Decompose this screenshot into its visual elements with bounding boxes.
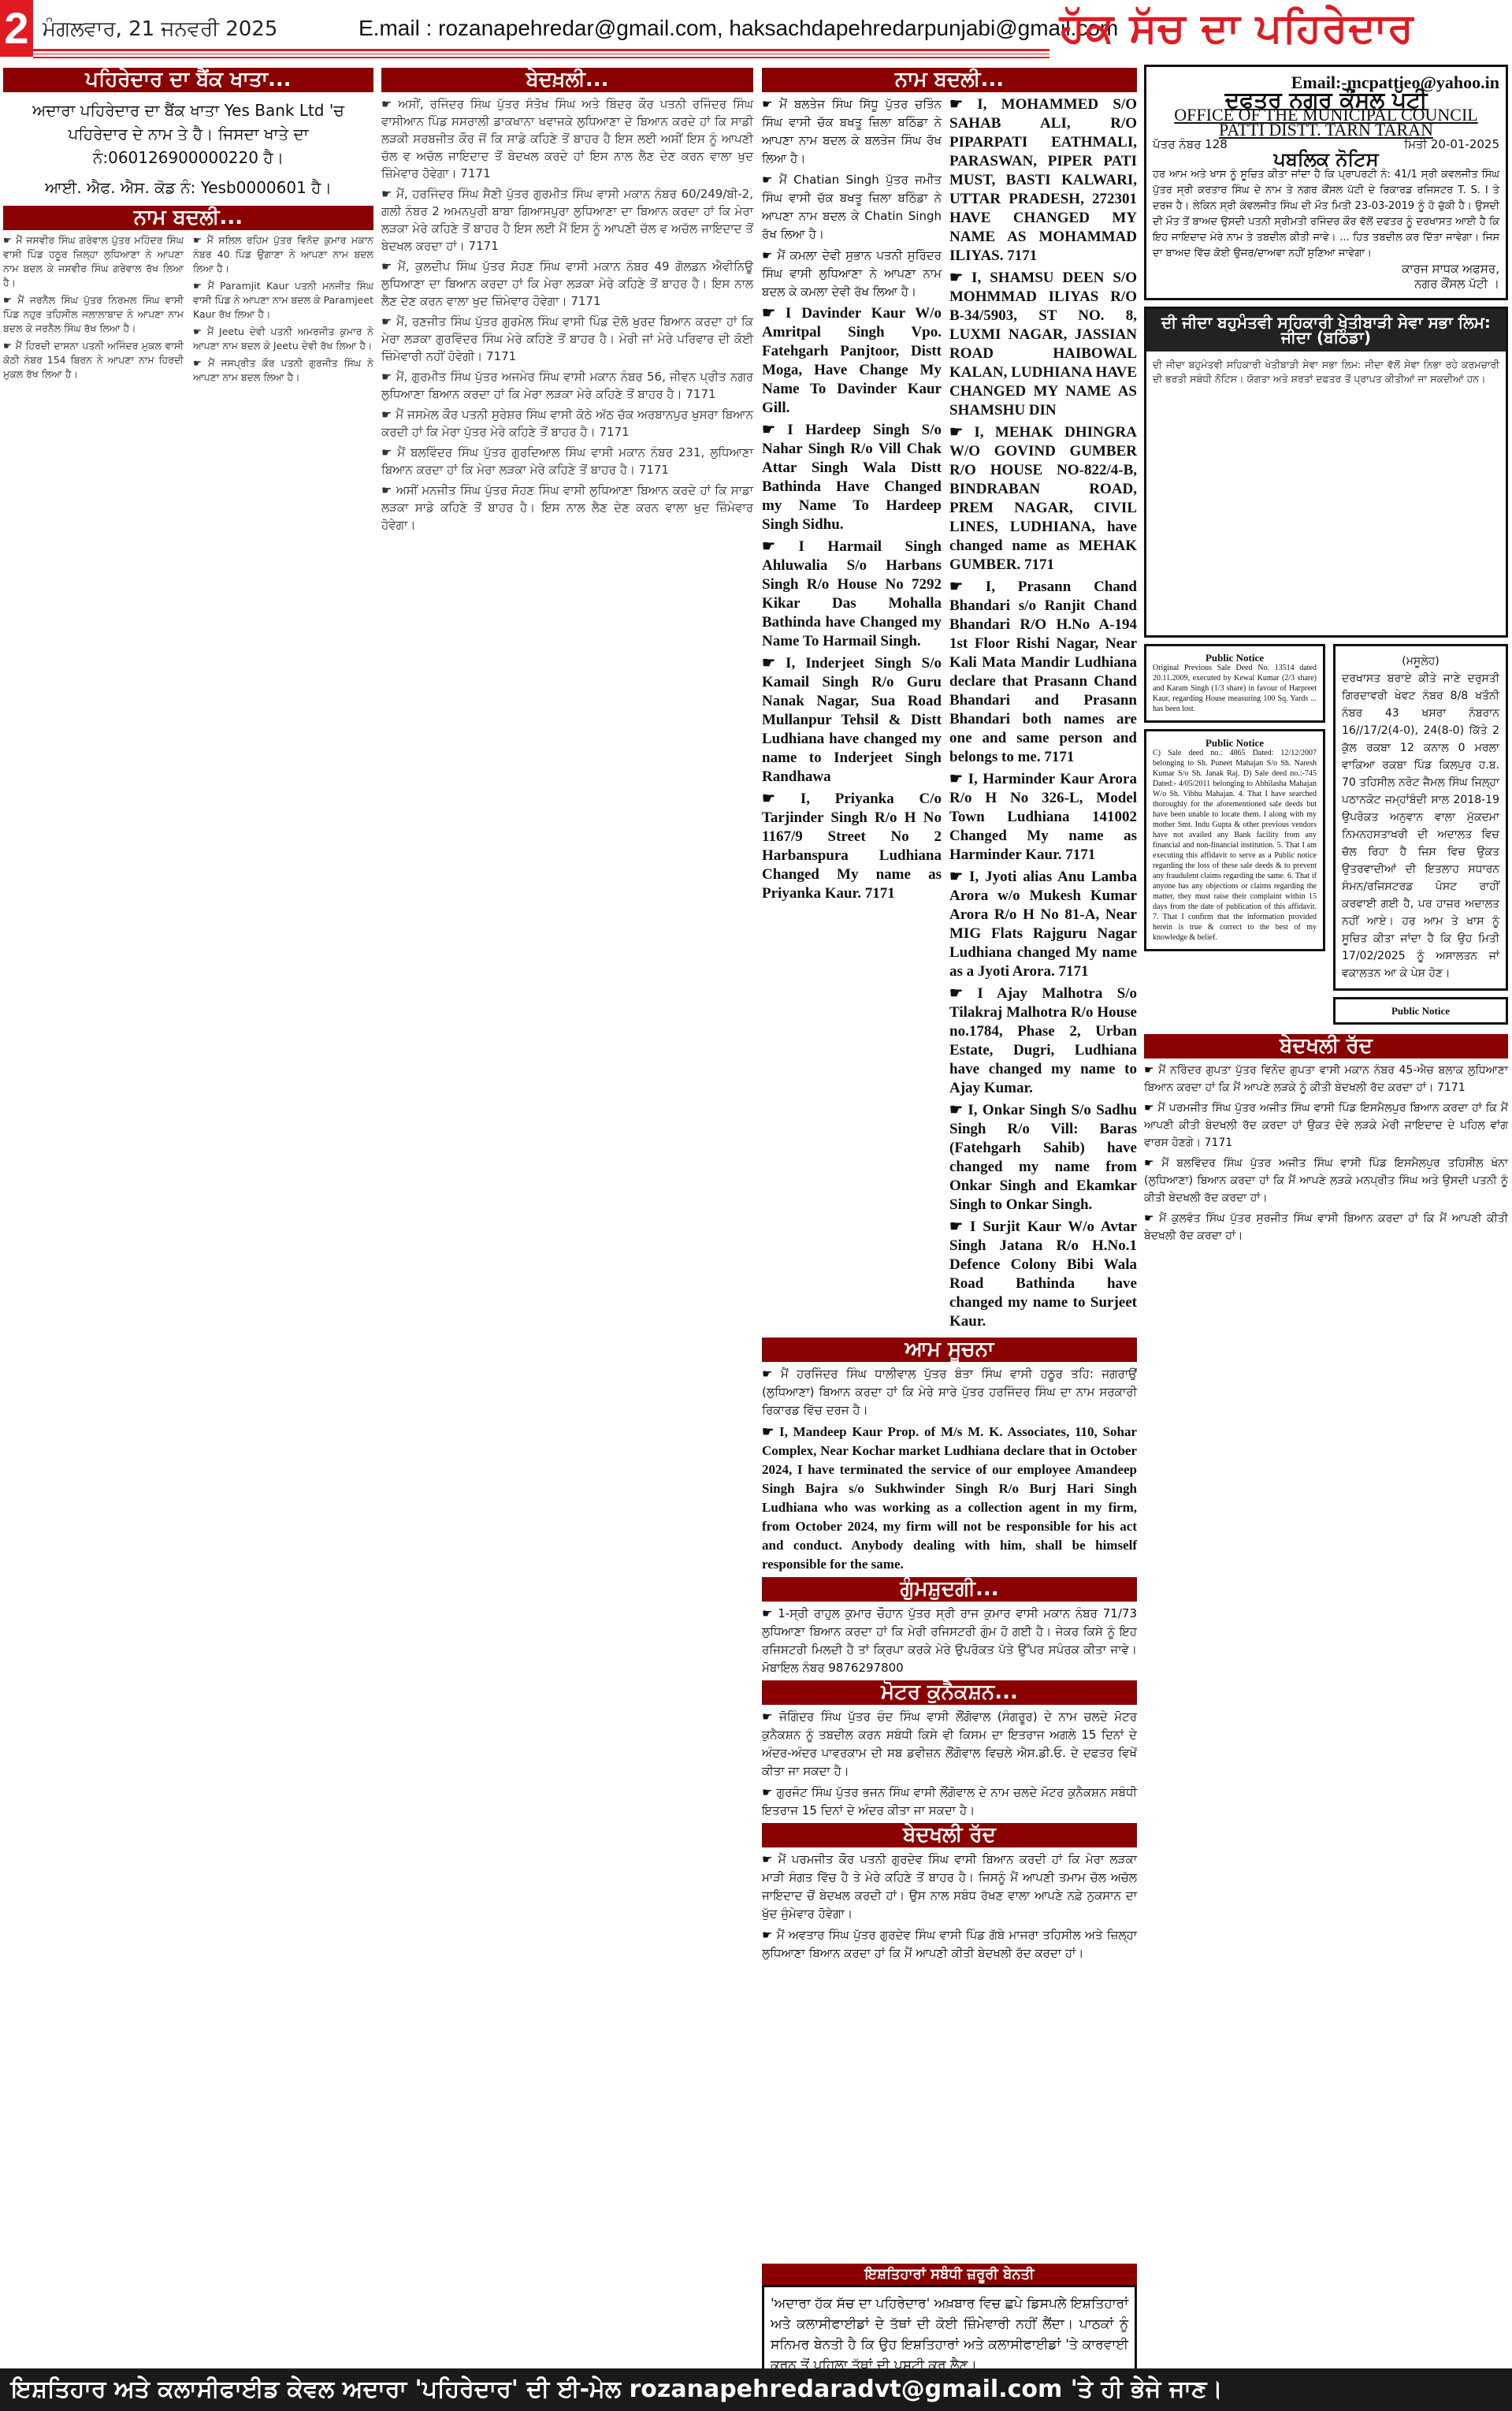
public-notice-1: Public Notice Original Previous Sale Dee… xyxy=(1144,644,1325,723)
classified-item: ☛ I Davinder Kaur W/o Amritpal Singh Vpo… xyxy=(762,304,942,418)
disinheritance-list: ☛ ਅਸੀਂ, ਰਜਿੰਦਰ ਸਿੰਘ ਪੁੱਤਰ ਸੰਤੋਖ ਸਿੰਘ ਅਤੇ… xyxy=(381,95,753,534)
classified-item: ☛ ਮੈਂ ਸਲਿਲ ਰਹਿਮ ਪੁੱਤਰ ਵਿਨੋਦ ਕੁਮਾਰ ਮਕਾਨ ਨ… xyxy=(193,233,373,276)
classified-item: ☛ I, MEHAK DHINGRA W/O GOVIND GUMBER R/O… xyxy=(949,423,1137,575)
public-notices-right: (ਮਸੂਲੇਹ) ਦਰਖਾਸਤ ਬਰਾਏ ਕੀਤੇ ਜਾਣੇ ਦਰੁਸਤੀ ਗਿ… xyxy=(1333,644,1508,1031)
disclaimer-title: ਇਸ਼ਤਿਹਾਰਾਂ ਸਬੰਧੀ ਜ਼ਰੂਰੀ ਬੇਨਤੀ xyxy=(762,2264,1137,2285)
section-header-cancel-disinheritance: ਬੇਦਖਲੀ ਰੱਦ xyxy=(1144,1034,1508,1059)
newspaper-logo: ਹੱਕ ਸੱਚ ਦਾ ਪਹਿਰੇਦਾਰ xyxy=(1060,5,1414,53)
notice-signature-2: ਨਗਰ ਕੌਂਸਲ ਪੱਟੀ । xyxy=(1153,277,1499,292)
classified-item: ☛ 1-ਸ੍ਰੀ ਰਾਹੁਲ ਕੁਮਾਰ ਚੌਹਾਨ ਪੁੱਤਰ ਸ੍ਰੀ ਰਾ… xyxy=(762,1605,1137,1677)
coop-notice: ਦੀ ਜੀਦਾ ਬਹੁਮੰਤਵੀ ਸਹਿਕਾਰੀ ਖੇਤੀਬਾੜੀ ਸੇਵਾ ਸ… xyxy=(1144,307,1508,638)
classified-item: ☛ I, Onkar Singh S/o Sadhu Singh R/o Vil… xyxy=(949,1101,1137,1215)
public-notice-3: Public Notice xyxy=(1333,997,1508,1025)
classified-item: ☛ ਮੈਂ ਜਸਵੀਰ ਸਿੰਘ ਗਰੇਵਾਲ ਪੁੱਤਰ ਮਹਿੰਦਰ ਸਿੰ… xyxy=(3,233,184,290)
masthead: 2 ਮੰਗਲਵਾਰ, 21 ਜਨਵਰੀ 2025 E.mail : rozana… xyxy=(0,0,1512,61)
classified-item: ☛ ਗੁਰਜੰਟ ਸਿੰਘ ਪੁੱਤਰ ਭਜਨ ਸਿੰਘ ਵਾਸੀ ਲੌਂਗੋਵ… xyxy=(762,1784,1137,1820)
section-header-bank: ਪਹਿਰੇਦਾਰ ਦਾ ਬੈਂਕ ਖਾਤਾ... xyxy=(3,68,373,92)
classified-item: ☛ I, SHAMSU DEEN S/O MOHMMAD ILIYAS R/O … xyxy=(949,269,1137,420)
municipal-notice: Email:-mcpattieo@yahoo.in ਦਫਤਰ ਨਗਰ ਕੌਂਸਲ… xyxy=(1144,65,1508,300)
public-notices-grid: Public Notice Original Previous Sale Dee… xyxy=(1144,644,1508,1031)
court-subtitle: (ਮਸੂਲੇਹ) xyxy=(1342,653,1499,670)
classified-item: ☛ ਮੈਂ, ਰਣਜੀਤ ਸਿੰਘ ਪੁੱਤਰ ਗੁਰਮੇਲ ਸਿੰਘ ਵਾਸੀ… xyxy=(381,313,753,365)
section-header-cancel-disinheritance: ਬੇਦਖਲੀ ਰੱਦ xyxy=(762,1823,1137,1847)
header-rule xyxy=(33,49,1049,58)
court-body: ਦਰਖਾਸਤ ਬਰਾਏ ਕੀਤੇ ਜਾਣੇ ਦਰੁਸਤੀ ਗਿਰਦਾਵਰੀ ਖੇ… xyxy=(1342,670,1499,982)
bank-ifsc: ਆਈ. ਐਫ. ਐਸ. ਕੋਡ ਨੰ: Yesb0000601 ਹੈ। xyxy=(3,173,373,203)
bank-account-info: ਅਦਾਰਾ ਪਹਿਰੇਦਾਰ ਦਾ ਬੈਂਕ ਖਾਤਾ Yes Bank Ltd… xyxy=(3,95,373,173)
issue-date: ਮੰਗਲਵਾਰ, 21 ਜਨਵਰੀ 2025 xyxy=(43,17,277,42)
classified-item: ☛ I, Mandeep Kaur Prop. of M/s M. K. Ass… xyxy=(762,1423,1137,1574)
classified-item: ☛ ਮੈਂ ਕੁਲਵੰਤ ਸਿੰਘ ਪੁੱਤਰ ਸੁਰਜੀਤ ਸਿੰਘ ਵਾਸੀ… xyxy=(1144,1210,1508,1245)
letter-number: ਪੱਤਰ ਨੰਬਰ 128 xyxy=(1153,137,1228,152)
contact-email: E.mail : rozanapehredar@gmail.com, haksa… xyxy=(358,16,1118,41)
court-notice: (ਮਸੂਲੇਹ) ਦਰਖਾਸਤ ਬਰਾਏ ਕੀਤੇ ਜਾਣੇ ਦਰੁਸਤੀ ਗਿ… xyxy=(1333,644,1508,991)
public-notice-heading: ਪਬਲਿਕ ਨੋਟਿਸ xyxy=(1153,152,1499,167)
classified-item: ☛ ਮੈਂ ਬਲਵਿੰਦਰ ਸਿੰਘ ਪੁੱਤਰ ਅਜੀਤ ਸਿੰਘ ਵਾਸੀ … xyxy=(1144,1155,1508,1207)
section-header-name-change: ਨਾਮ ਬਦਲੀ... xyxy=(762,68,1137,92)
public-notice-title: Public Notice xyxy=(1153,653,1317,663)
classified-item: ☛ I, MOHAMMED S/O SAHAB ALI, R/O PIPARPA… xyxy=(949,95,1137,266)
classified-item: ☛ ਮੈਂ, ਗੁਰਮੀਤ ਸਿੰਘ ਪੁੱਤਰ ਅਜਮੇਰ ਸਿੰਘ ਵਾਸੀ… xyxy=(381,368,753,403)
classified-item: ☛ ਮੈਂ ਜਸਮੇਲ ਕੌਰ ਪਤਨੀ ਸੁਰੇਸ਼ਰ ਸਿੰਘ ਵਾਸੀ ਕ… xyxy=(381,406,753,441)
classified-item: ☛ ਮੈਂ ਜਰਨੈਲ ਸਿੰਘ ਪੁੱਤਰ ਨਿਰਮਲ ਸਿੰਘ ਵਾਸੀ ਪ… xyxy=(3,293,184,336)
footer-banner: ਇਸ਼ਤਿਹਾਰ ਅਤੇ ਕਲਾਸੀਫਾਈਡ ਕੇਵਲ ਅਦਾਰਾ 'ਪਹਿਰੇ… xyxy=(0,2368,1512,2411)
classified-item: ☛ ਮੈਂ, ਕੁਲਦੀਪ ਸਿੰਘ ਪੁੱਤਰ ਸੋਹਣ ਸਿੰਘ ਵਾਸੀ … xyxy=(381,258,753,310)
classified-item: ☛ ਮੈਂ, ਹਰਜਿੰਦਰ ਸਿੰਘ ਸੈਣੀ ਪੁੱਤਰ ਗੁਰਮੀਤ ਸਿ… xyxy=(381,185,753,255)
notice-signature-1: ਕਾਰਜ ਸਾਧਕ ਅਫਸਰ, xyxy=(1153,262,1499,277)
classified-item: ☛ ਮੈਂ ਕਮਲਾ ਦੇਵੀ ਸੁਭਾਨ ਪਤਨੀ ਸੁਰਿੰਦਰ ਸਿੰਘ … xyxy=(762,247,942,301)
classified-item: ☛ I, Inderjeet Singh S/o Kamail Singh R/… xyxy=(762,654,942,787)
classified-item: ☛ I Surjit Kaur W/o Avtar Singh Jatana R… xyxy=(949,1218,1137,1331)
classified-item: ☛ ਮੈਂ ਬਲਤੇਜ ਸਿੰਘ ਸਿੱਧੂ ਪੁੱਤਰ ਚਤਿੰਨ ਸਿੰਘ … xyxy=(762,95,942,168)
classified-item: ☛ I, Harminder Kaur Arora R/o H No 326-L… xyxy=(949,770,1137,865)
section-header-motor-connection: ਮੋਟਰ ਕੁਨੈਕਸ਼ਨ... xyxy=(762,1680,1137,1705)
classified-item: ☛ ਜੋਗਿੰਦਰ ਸਿੰਘ ਪੁੱਤਰ ਚੰਦ ਸਿੰਘ ਵਾਸੀ ਲੌਂਗੋ… xyxy=(762,1708,1137,1780)
name-change-columns: ☛ ਮੈਂ ਬਲਤੇਜ ਸਿੰਘ ਸਿੱਧੂ ਪੁੱਤਰ ਚਤਿੰਨ ਸਿੰਘ … xyxy=(762,95,1137,1334)
classified-item: ☛ ਮੈਂ Chatian Singh ਪੁੱਤਰ ਜਮੀਤ ਸਿੰਘ ਵਾਸੀ… xyxy=(762,171,942,244)
column-3: ਨਾਮ ਬਦਲੀ... ☛ ਮੈਂ ਬਲਤੇਜ ਸਿੰਘ ਸਿੱਧੂ ਪੁੱਤਰ… xyxy=(762,65,1137,1966)
cancel-list: ☛ ਮੈਂ ਨਰਿੰਦਰ ਗੁਪਤਾ ਪੁੱਤਰ ਵਿਨੋਦ ਗੁਪਤਾ ਵਾਸ… xyxy=(1144,1062,1508,1245)
classified-list: ☛ ਮੈਂ ਜਸਵੀਰ ਸਿੰਘ ਗਰੇਵਾਲ ਪੁੱਤਰ ਮਹਿੰਦਰ ਸਿੰ… xyxy=(3,233,373,386)
classified-item: ☛ ਮੈਂ ਹਿਰਦੀ ਦਾਸਨਾ ਪਤਨੀ ਅਜਿੰਦਰ ਮੁਕਲ ਵਾਸੀ … xyxy=(3,339,184,381)
section-header-general-notice: ਆਮ ਸੂਚਨਾ xyxy=(762,1338,1137,1362)
page-number: 2 xyxy=(0,0,33,57)
column-1: ਪਹਿਰੇਦਾਰ ਦਾ ਬੈਂਕ ਖਾਤਾ... ਅਦਾਰਾ ਪਹਿਰੇਦਾਰ … xyxy=(3,65,373,386)
section-header-disinheritance: ਬੇਦਖ਼ਲੀ... xyxy=(381,68,753,92)
name-change-left: ☛ ਮੈਂ ਬਲਤੇਜ ਸਿੰਘ ਸਿੱਧੂ ਪੁੱਤਰ ਚਤਿੰਨ ਸਿੰਘ … xyxy=(762,95,942,1334)
coop-body: ਦੀ ਜੀਦਾ ਬਹੁਮੰਤਵੀ ਸਹਿਕਾਰੀ ਖੇਤੀਬਾੜੀ ਸੇਵਾ ਸ… xyxy=(1146,352,1506,635)
notice-body: ਹਰ ਆਮ ਅਤੇ ਖਾਸ ਨੂੰ ਸੂਚਿਤ ਕੀਤਾ ਜਾਂਦਾ ਹੈ ਕਿ… xyxy=(1153,167,1499,262)
classified-item: ☛ ਅਸੀਂ, ਰਜਿੰਦਰ ਸਿੰਘ ਪੁੱਤਰ ਸੰਤੋਖ ਸਿੰਘ ਅਤੇ… xyxy=(381,95,753,182)
classified-item: ☛ ਮੈਂ ਜਸਪ੍ਰੀਤ ਕੌਰ ਪਤਨੀ ਗੁਰਜੀਤ ਸਿੰਘ ਨੇ ਆਪ… xyxy=(193,356,373,385)
classified-item: ☛ I, Jyoti alias Anu Lamba Arora w/o Muk… xyxy=(949,868,1137,981)
classified-item: ☛ I Ajay Malhotra S/o Tilakraj Malhotra … xyxy=(949,984,1137,1098)
letter-date: ਮਿਤੀ 20-01-2025 xyxy=(1404,137,1499,152)
classified-item: ☛ ਮੈਂ Paramjit Kaur ਪਤਨੀ ਮਨਜੀਤ ਸਿੰਘ ਵਾਸੀ… xyxy=(193,279,373,322)
classified-item: ☛ ਮੈਂ Jeetu ਦੇਵੀ ਪਤਨੀ ਅਮਰਜੀਤ ਕੁਮਾਰ ਨੇ ਆਪ… xyxy=(193,325,373,353)
disclaimer-text: 'ਅਦਾਰਾ ਹੱਕ ਸੱਚ ਦਾ ਪਹਿਰੇਦਾਰ' ਅਖ਼ਬਾਰ ਵਿਚ ਛ… xyxy=(771,2296,1128,2373)
section-header-missing: ਗੁੰਮਸ਼ੁਦਗੀ... xyxy=(762,1577,1137,1602)
name-change-right: ☛ I, MOHAMMED S/O SAHAB ALI, R/O PIPARPA… xyxy=(949,95,1137,1334)
public-notice-body: Original Previous Sale Deed No. 13514 da… xyxy=(1153,663,1317,714)
coop-title: ਦੀ ਜੀਦਾ ਬਹੁਮੰਤਵੀ ਸਹਿਕਾਰੀ ਖੇਤੀਬਾੜੀ ਸੇਵਾ ਸ… xyxy=(1146,309,1506,352)
classified-item: ☛ I, Priyanka C/o Tarjinder Singh R/o H … xyxy=(762,790,942,903)
classified-item: ☛ I Hardeep Singh S/o Nahar Singh R/o Vi… xyxy=(762,421,942,534)
classified-item: ☛ ਮੈਂ ਅਵਤਾਰ ਸਿੰਘ ਪੁੱਤਰ ਗੁਰਦੇਵ ਸਿੰਘ ਵਾਸੀ … xyxy=(762,1926,1137,1963)
public-notice-title: Public Notice xyxy=(1153,738,1317,748)
classified-item: ☛ ਮੈਂ ਬਲਵਿੰਦਰ ਸਿੰਘ ਪੁੱਤਰ ਗੁਰਦਿਆਲ ਸਿੰਘ ਵਾ… xyxy=(381,444,753,478)
public-notice-body: C) Sale deed no.: 4865 Dated: 12/12/2007… xyxy=(1153,748,1317,943)
classified-item: ☛ ਅਸੀਂ ਮਨਜੀਤ ਸਿੰਘ ਪੁੱਤਰ ਸੋਹਣ ਸਿੰਘ ਵਾਸੀ ਲ… xyxy=(381,482,753,534)
notice-office-title-en: OFFICE OF THE MUNICIPAL COUNCIL PATTI DI… xyxy=(1153,107,1499,137)
public-notices-left: Public Notice Original Previous Sale Dee… xyxy=(1144,644,1325,1031)
classified-item: ☛ I, Prasann Chand Bhandari s/o Ranjit C… xyxy=(949,578,1137,767)
public-notice-2: Public Notice C) Sale deed no.: 4865 Dat… xyxy=(1144,729,1325,951)
column-4: Email:-mcpattieo@yahoo.in ਦਫਤਰ ਨਗਰ ਕੌਂਸਲ… xyxy=(1144,65,1508,1248)
classified-item: ☛ ਮੈਂ ਨਰਿੰਦਰ ਗੁਪਤਾ ਪੁੱਤਰ ਵਿਨੋਦ ਗੁਪਤਾ ਵਾਸ… xyxy=(1144,1062,1508,1096)
classified-item: ☛ I Harmail Singh Ahluwalia S/o Harbans … xyxy=(762,538,942,651)
classified-item: ☛ ਮੈਂ ਪਰਮਜੀਤ ਸਿੰਘ ਪੁੱਤਰ ਅਜੀਤ ਸਿੰਘ ਵਾਸੀ ਪ… xyxy=(1144,1099,1508,1152)
column-2: ਬੇਦਖ਼ਲੀ... ☛ ਅਸੀਂ, ਰਜਿੰਦਰ ਸਿੰਘ ਪੁੱਤਰ ਸੰਤ… xyxy=(381,65,753,537)
public-notice-title: Public Notice xyxy=(1342,1006,1499,1016)
section-header-name-change: ਨਾਮ ਬਦਲੀ... xyxy=(3,206,373,230)
classified-item: ☛ ਮੈਂ ਹਰਜਿੰਦਰ ਸਿੰਘ ਧਾਲੀਵਾਲ ਪੁੱਤਰ ਬੰਤਾ ਸਿ… xyxy=(762,1365,1137,1419)
classified-item: ☛ ਮੈਂ ਪਰਮਜੀਤ ਕੌਰ ਪਤਨੀ ਗੁਰਦੇਵ ਸਿੰਘ ਵਾਸੀ ਬ… xyxy=(762,1851,1137,1923)
